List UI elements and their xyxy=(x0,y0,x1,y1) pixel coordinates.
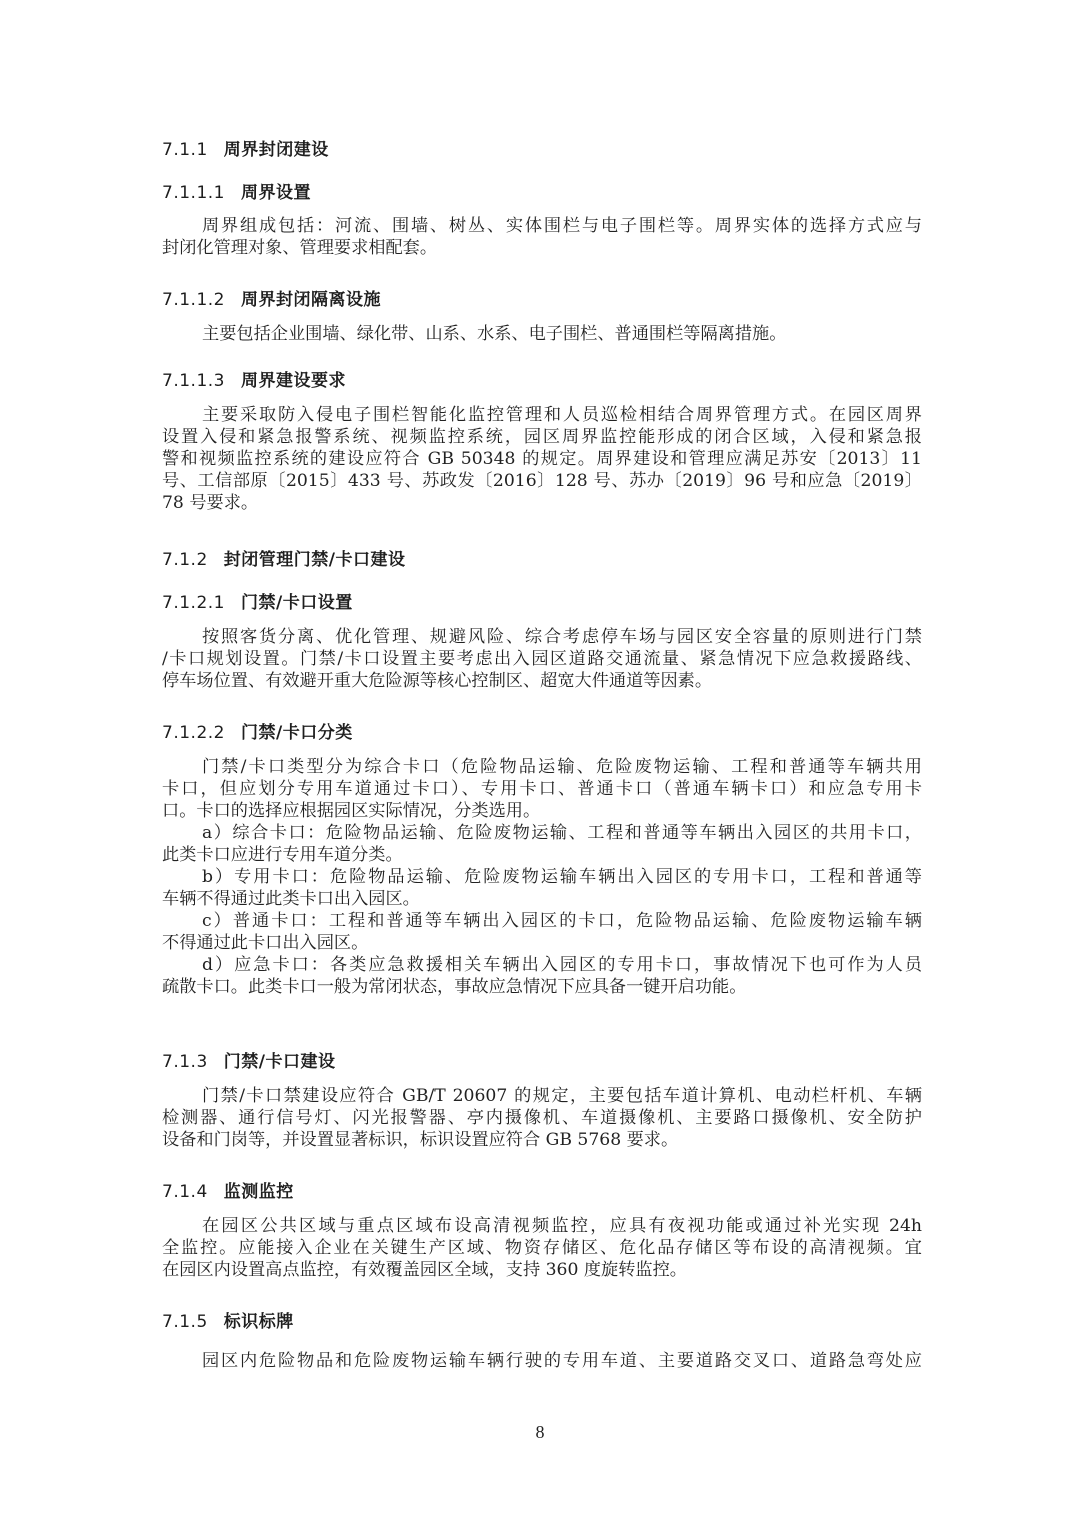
section-heading-7-1-2: 7.1.2封闭管理门禁/卡口建设 xyxy=(162,545,405,570)
text-line: 警和视频监控系统的建设应符合 GB 50348 的规定。周界建设和管理应满足苏安… xyxy=(162,448,922,470)
paragraph-signage: 园区内危险物品和危险废物运输车辆行驶的专用车道、主要道路交叉口、道路急弯处应 xyxy=(162,1350,922,1372)
text-line: 园区内危险物品和危险废物运输车辆行驶的专用车道、主要道路交叉口、道路急弯处应 xyxy=(162,1350,922,1372)
text-line: 按照客货分离、优化管理、规避风险、综合考虑停车场与园区安全容量的原则进行门禁 xyxy=(162,626,922,648)
text-line: 封闭化管理对象、管理要求相配套。 xyxy=(162,237,922,259)
document-page: 7.1.1周界封闭建设 7.1.1.1周界设置 周界组成包括：河流、围墙、树丛、… xyxy=(0,0,1080,1527)
section-number: 7.1.1.1 xyxy=(162,183,225,203)
section-number: 7.1.1.3 xyxy=(162,371,225,391)
text-line: 号、工信部原〔2015〕433 号、苏政发〔2016〕128 号、苏办〔2019… xyxy=(162,470,922,492)
text-line: 设置入侵和紧急报警系统、视频监控系统，园区周界监控能形成的闭合区域，入侵和紧急报 xyxy=(162,426,922,448)
section-title: 门禁/卡口分类 xyxy=(241,723,353,743)
section-number: 7.1.1.2 xyxy=(162,290,225,310)
text-line: 口。卡口的选择应根据园区实际情况，分类选用。 xyxy=(162,800,922,822)
paragraph-monitoring: 在园区公共区域与重点区域布设高清视频监控，应具有夜视功能或通过补光实现 24h … xyxy=(162,1215,922,1281)
list-item-d-cont: 疏散卡口。此类卡口一般为常闭状态，事故应急情况下应具备一键开启功能。 xyxy=(162,976,922,998)
paragraph-gate-classification: 门禁/卡口类型分为综合卡口（危险物品运输、危险废物运输、工程和普通等车辆共用 卡… xyxy=(162,756,922,998)
section-heading-7-1-2-1: 7.1.2.1门禁/卡口设置 xyxy=(162,588,353,613)
text-line: 在园区内设置高点监控，有效覆盖园区全域，支持 360 度旋转监控。 xyxy=(162,1259,922,1281)
section-heading-7-1-4: 7.1.4监测监控 xyxy=(162,1177,294,1202)
text-line: 门禁/卡口类型分为综合卡口（危险物品运输、危险废物运输、工程和普通等车辆共用 xyxy=(162,756,922,778)
text-line: 全监控。应能接入企业在关键生产区域、物资存储区、危化品存储区等布设的高清视频。宜 xyxy=(162,1237,922,1259)
section-title: 监测监控 xyxy=(224,1182,294,1202)
section-heading-7-1-1: 7.1.1周界封闭建设 xyxy=(162,135,329,160)
section-heading-7-1-1-2: 7.1.1.2周界封闭隔离设施 xyxy=(162,285,381,310)
section-number: 7.1.3 xyxy=(162,1052,208,1072)
section-number: 7.1.5 xyxy=(162,1312,208,1332)
section-title: 周界设置 xyxy=(241,183,311,203)
list-item-c-cont: 不得通过此卡口出入园区。 xyxy=(162,932,922,954)
section-number: 7.1.2.1 xyxy=(162,593,225,613)
section-heading-7-1-2-2: 7.1.2.2门禁/卡口分类 xyxy=(162,718,353,743)
text-line: 卡口，但应划分专用车道通过卡口）、专用卡口、普通卡口（普通车辆卡口）和应急专用卡 xyxy=(162,778,922,800)
section-number: 7.1.2 xyxy=(162,550,208,570)
section-title: 标识标牌 xyxy=(224,1312,294,1332)
section-title: 周界封闭隔离设施 xyxy=(241,290,381,310)
list-item-b: b）专用卡口：危险物品运输、危险废物运输车辆出入园区的专用卡口，工程和普通等 xyxy=(162,866,922,888)
text-line: 在园区公共区域与重点区域布设高清视频监控，应具有夜视功能或通过补光实现 24h xyxy=(162,1215,922,1237)
section-number: 7.1.2.2 xyxy=(162,723,225,743)
text-line: 主要包括企业围墙、绿化带、山系、水系、电子围栏、普通围栏等隔离措施。 xyxy=(162,323,922,345)
section-heading-7-1-5: 7.1.5标识标牌 xyxy=(162,1307,294,1332)
list-item-b-cont: 车辆不得通过此类卡口出入园区。 xyxy=(162,888,922,910)
section-title: 门禁/卡口建设 xyxy=(224,1052,336,1072)
section-number: 7.1.4 xyxy=(162,1182,208,1202)
paragraph-gate-setup: 按照客货分离、优化管理、规避风险、综合考虑停车场与园区安全容量的原则进行门禁 /… xyxy=(162,626,922,692)
text-line: 停车场位置、有效避开重大危险源等核心控制区、超宽大件通道等因素。 xyxy=(162,670,922,692)
list-item-a-cont: 此类卡口应进行专用车道分类。 xyxy=(162,844,922,866)
text-line: /卡口规划设置。门禁/卡口设置主要考虑出入园区道路交通流量、紧急情况下应急救援路… xyxy=(162,648,922,670)
text-line: 78 号要求。 xyxy=(162,492,922,514)
section-heading-7-1-1-3: 7.1.1.3周界建设要求 xyxy=(162,366,346,391)
list-item-c: c）普通卡口：工程和普通等车辆出入园区的卡口，危险物品运输、危险废物运输车辆 xyxy=(162,910,922,932)
text-line: 设备和门岗等，并设置显著标识，标识设置应符合 GB 5768 要求。 xyxy=(162,1129,922,1151)
text-line: 周界组成包括：河流、围墙、树丛、实体围栏与电子围栏等。周界实体的选择方式应与 xyxy=(162,215,922,237)
paragraph-isolation-facilities: 主要包括企业围墙、绿化带、山系、水系、电子围栏、普通围栏等隔离措施。 xyxy=(162,323,922,345)
text-line: 主要采取防入侵电子围栏智能化监控管理和人员巡检相结合周界管理方式。在园区周界 xyxy=(162,404,922,426)
page-number: 8 xyxy=(0,1422,1080,1443)
paragraph-perimeter-composition: 周界组成包括：河流、围墙、树丛、实体围栏与电子围栏等。周界实体的选择方式应与 封… xyxy=(162,215,922,259)
paragraph-gate-construction: 门禁/卡口禁建设应符合 GB/T 20607 的规定，主要包括车道计算机、电动栏… xyxy=(162,1085,922,1151)
section-heading-7-1-3: 7.1.3门禁/卡口建设 xyxy=(162,1047,335,1072)
text-line: 门禁/卡口禁建设应符合 GB/T 20607 的规定，主要包括车道计算机、电动栏… xyxy=(162,1085,922,1107)
section-title: 周界封闭建设 xyxy=(224,140,329,160)
list-item-a: a）综合卡口：危险物品运输、危险废物运输、工程和普通等车辆出入园区的共用卡口， xyxy=(162,822,922,844)
paragraph-perimeter-requirements: 主要采取防入侵电子围栏智能化监控管理和人员巡检相结合周界管理方式。在园区周界 设… xyxy=(162,404,922,514)
section-heading-7-1-1-1: 7.1.1.1周界设置 xyxy=(162,178,311,203)
section-title: 封闭管理门禁/卡口建设 xyxy=(224,550,406,570)
text-line: 检测器、通行信号灯、闪光报警器、亭内摄像机、车道摄像机、主要路口摄像机、安全防护 xyxy=(162,1107,922,1129)
list-item-d: d）应急卡口：各类应急救援相关车辆出入园区的专用卡口，事故情况下也可作为人员 xyxy=(162,954,922,976)
section-title: 门禁/卡口设置 xyxy=(241,593,353,613)
section-number: 7.1.1 xyxy=(162,140,208,160)
section-title: 周界建设要求 xyxy=(241,371,346,391)
